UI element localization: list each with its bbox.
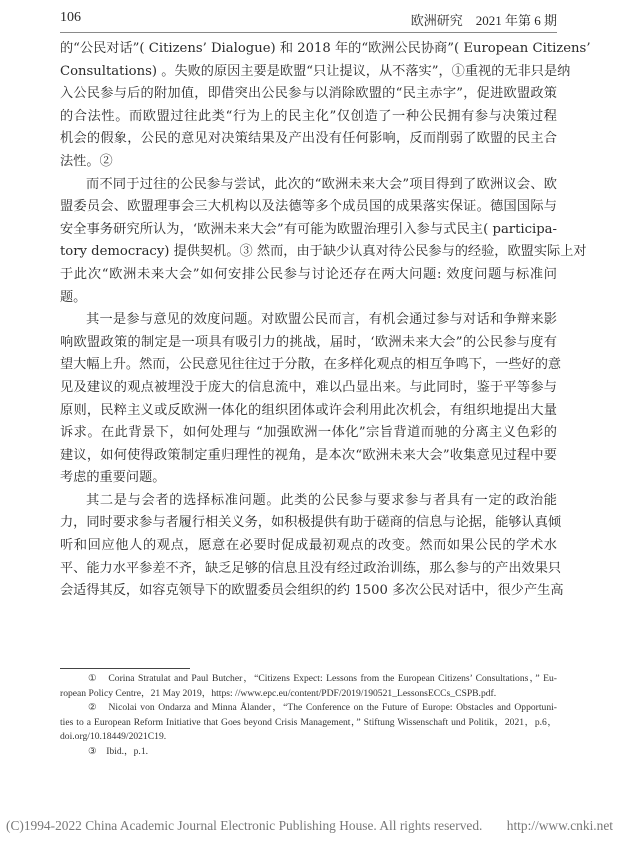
footnotes: ① Corina Stratulat and Paul Butcher，“Cit… xyxy=(60,672,557,760)
text-line: 题。 xyxy=(60,287,557,310)
text-line: 见及建议的观点被埋没于庞大的信息流中，难以凸显出来。与此同时，鉴于平等参与 xyxy=(60,377,557,400)
text-line: 的合法性。而欧盟过往此类“行为上的民主化”仅创造了一种公民拥有参与决策过程 xyxy=(60,106,557,129)
text-line: 安全事务研究所认为，‘欧洲未来大会”有可能为欧盟治理引入参与式民主( parti… xyxy=(60,219,557,242)
text-line: 会适得其反，如容克领导下的欧盟委员会组织的约 1500 多次公民对话中，很少产生… xyxy=(60,580,557,603)
copyright-text: (C)1994-2022 China Academic Journal Elec… xyxy=(6,818,482,834)
journal-issue: 欧洲研究 2021 年第 6 期 xyxy=(411,10,557,29)
text-line: 力，同时要求参与者履行相关义务，如积极提供有助于磋商的信息与论据，能够认真倾 xyxy=(60,512,557,535)
footnote-line: ② Nicolai von Ondarza and Minna Ålander，… xyxy=(60,701,557,716)
text-line: 听和回应他人的观点，愿意在必要时促成最初观点的改变。然而如果公民的学术水 xyxy=(60,535,557,558)
text-line: 法性。② xyxy=(60,151,557,174)
cnki-url: http://www.cnki.net xyxy=(507,818,613,834)
text-line: 响欧盟政策的制定是一项具有吸引力的挑战，届时，‘欧洲未来大会”的公民参与度有 xyxy=(60,332,557,355)
text-line: 考虑的重要问题。 xyxy=(60,467,557,490)
text-line: 机会的假象，公民的意见对决策结果及产出没有任何影响，反而削弱了欧盟的民主合 xyxy=(60,128,557,151)
footnote-line: ③ Ibid.，p.1. xyxy=(60,745,557,760)
text-line: 入公民参与后的附加值，即借突出公民参与以消除欧盟的“民主赤字”，促进欧盟政策 xyxy=(60,83,557,106)
footnote: ② Nicolai von Ondarza and Minna Ålander，… xyxy=(60,701,557,745)
text-line: 平、能力水平参差不齐，缺乏足够的信息且没有经过政治训练，那么参与的产出效果只 xyxy=(60,558,557,581)
footnote-line: ① Corina Stratulat and Paul Butcher，“Cit… xyxy=(60,672,557,687)
paragraph: 而不同于过往的公民参与尝试，此次的“欧洲未来大会”项目得到了欧洲议会、欧盟委员会… xyxy=(60,174,557,310)
text-line: Consultations) 。失败的原因主要是欧盟“只让提议，从不落实”，①重… xyxy=(60,61,557,84)
paragraph: 其一是参与意见的效度问题。对欧盟公民而言，有机会通过参与对话和争辩来影响欧盟政策… xyxy=(60,309,557,490)
journal-page: 106 欧洲研究 2021 年第 6 期 的“公民对话”( Citizens’ … xyxy=(0,0,619,850)
page-number: 106 xyxy=(60,10,81,26)
text-line: 诉求。在此背景下，如何处理与 “加强欧洲一体化”宗旨背道而驰的分离主义色彩的 xyxy=(60,422,557,445)
running-header: 106 欧洲研究 2021 年第 6 期 xyxy=(60,6,557,33)
text-line: 其二是与会者的选择标准问题。此类的公民参与要求参与者具有一定的政治能 xyxy=(60,490,557,513)
text-line: 其一是参与意见的效度问题。对欧盟公民而言，有机会通过参与对话和争辩来影 xyxy=(60,309,557,332)
text-line: 的“公民对话”( Citizens’ Dialogue) 和 2018 年的“欧… xyxy=(60,38,557,61)
paragraph: 的“公民对话”( Citizens’ Dialogue) 和 2018 年的“欧… xyxy=(60,38,557,174)
text-line: 盟委员会、欧盟理事会三大机构以及法德等多个成员国的成果落实保证。德国国际与 xyxy=(60,196,557,219)
text-line: tory democracy) 提供契机。③ 然而，由于缺少认真对待公民参与的经… xyxy=(60,241,557,264)
text-line: 于此次“欧洲未来大会”如何安排公民参与讨论还存在两大问题: 效度问题与标准问 xyxy=(60,264,557,287)
body-text: 的“公民对话”( Citizens’ Dialogue) 和 2018 年的“欧… xyxy=(60,38,557,603)
footnote: ③ Ibid.，p.1. xyxy=(60,745,557,760)
footnote-line: ties to a European Reform Initiative tha… xyxy=(60,716,557,731)
text-line: 望大幅上升。然而，公民意见往往过于分散，在多样化观点的相互争鸣下，一些好的意 xyxy=(60,354,557,377)
text-line: 原则，民粹主义或反欧洲一体化的组织团体或许会利用此次机会，有组织地提出大量 xyxy=(60,400,557,423)
text-line: 建议，如何使得政策制定重归理性的视角，是本次“欧洲未来大会”收集意见过程中要 xyxy=(60,445,557,468)
copyright-footer: (C)1994-2022 China Academic Journal Elec… xyxy=(6,818,613,834)
footnote-divider xyxy=(60,668,190,669)
footnote-line: doi.org/10.18449/2021C19. xyxy=(60,730,557,745)
paragraph: 其二是与会者的选择标准问题。此类的公民参与要求参与者具有一定的政治能力，同时要求… xyxy=(60,490,557,603)
footnote-line: ropean Policy Centre，21 May 2019，https: … xyxy=(60,687,557,702)
text-line: 而不同于过往的公民参与尝试，此次的“欧洲未来大会”项目得到了欧洲议会、欧 xyxy=(60,174,557,197)
footnote: ① Corina Stratulat and Paul Butcher，“Cit… xyxy=(60,672,557,701)
